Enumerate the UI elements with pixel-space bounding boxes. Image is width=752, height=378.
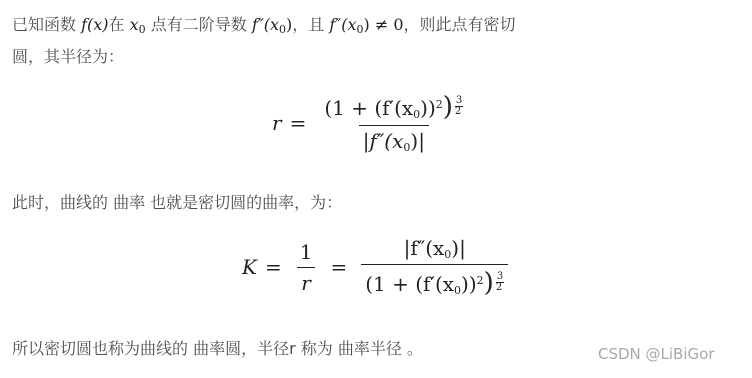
math: ))	[461, 272, 477, 296]
numerator: 1	[296, 240, 317, 267]
text: ，且	[292, 15, 329, 34]
formula-radius: r = (1 + (f′(x0))2)32 |f″(x0)|	[272, 92, 473, 154]
math-sub: 0	[279, 23, 286, 36]
math-sub: 0	[454, 284, 461, 297]
denominator: (1 + (f′(x0))2)32	[361, 264, 508, 298]
math: )|	[410, 129, 425, 153]
math: 2	[496, 283, 504, 293]
numerator: |f″(x0)|	[400, 236, 470, 264]
exponent: 32	[496, 272, 504, 293]
math-eq: =	[330, 255, 347, 279]
fraction-one-over-r: 1 r	[296, 240, 317, 295]
math: |f″(x	[363, 129, 404, 153]
math-sub: 0	[357, 23, 364, 36]
math: )	[443, 92, 453, 122]
numerator: (1 + (f′(x0))2)32	[320, 92, 467, 125]
denominator: r	[297, 267, 315, 295]
text: 点有二阶导数	[146, 15, 252, 34]
math-fpp: f″(x	[252, 15, 279, 34]
math: (1 + (f′(x	[365, 272, 454, 296]
formula-curvature: K = 1 r = |f″(x0)| (1 + (f′(x0))2)32	[242, 236, 514, 298]
math: (1 + (f′(x	[324, 96, 413, 120]
math: )|	[451, 236, 466, 260]
math-sup: 2	[436, 98, 443, 111]
math-eq: =	[265, 255, 282, 279]
paragraph-3: 所以密切圆也称为曲线的 曲率圆，半径r 称为 曲率半径 。	[12, 336, 423, 359]
math: ))	[420, 96, 436, 120]
denominator: |f″(x0)|	[359, 125, 429, 154]
math: 2	[455, 107, 463, 117]
math-sub: 0	[139, 23, 146, 36]
text: 在	[109, 15, 130, 34]
exponent: 32	[455, 96, 463, 117]
text: 已知函数	[12, 15, 81, 34]
paragraph-1-line-2: 圆，其半径为：	[12, 44, 124, 67]
fraction: (1 + (f′(x0))2)32 |f″(x0)|	[320, 92, 467, 154]
paragraph-2: 此时，曲线的 曲率 也就是密切圆的曲率，为：	[12, 190, 342, 213]
math: ) ≠ 0	[364, 15, 404, 34]
math-k: K	[242, 255, 257, 279]
math-x0: x	[130, 15, 139, 34]
math-fx: f(x)	[81, 15, 108, 34]
fraction: |f″(x0)| (1 + (f′(x0))2)32	[361, 236, 508, 298]
math-r: r	[272, 111, 282, 135]
paragraph-1-line-1: 已知函数 f(x)在 x0 点有二阶导数 f″(x0)，且 f″(x0) ≠ 0…	[12, 12, 516, 36]
math-eq: =	[290, 111, 307, 135]
math: )	[484, 268, 494, 298]
watermark: CSDN @LiBiGor	[598, 345, 714, 363]
math-neq: f″(x	[329, 15, 356, 34]
text: ，则此点有密切	[404, 15, 516, 34]
math-sup: 2	[477, 274, 484, 287]
math: |f″(x	[404, 236, 445, 260]
